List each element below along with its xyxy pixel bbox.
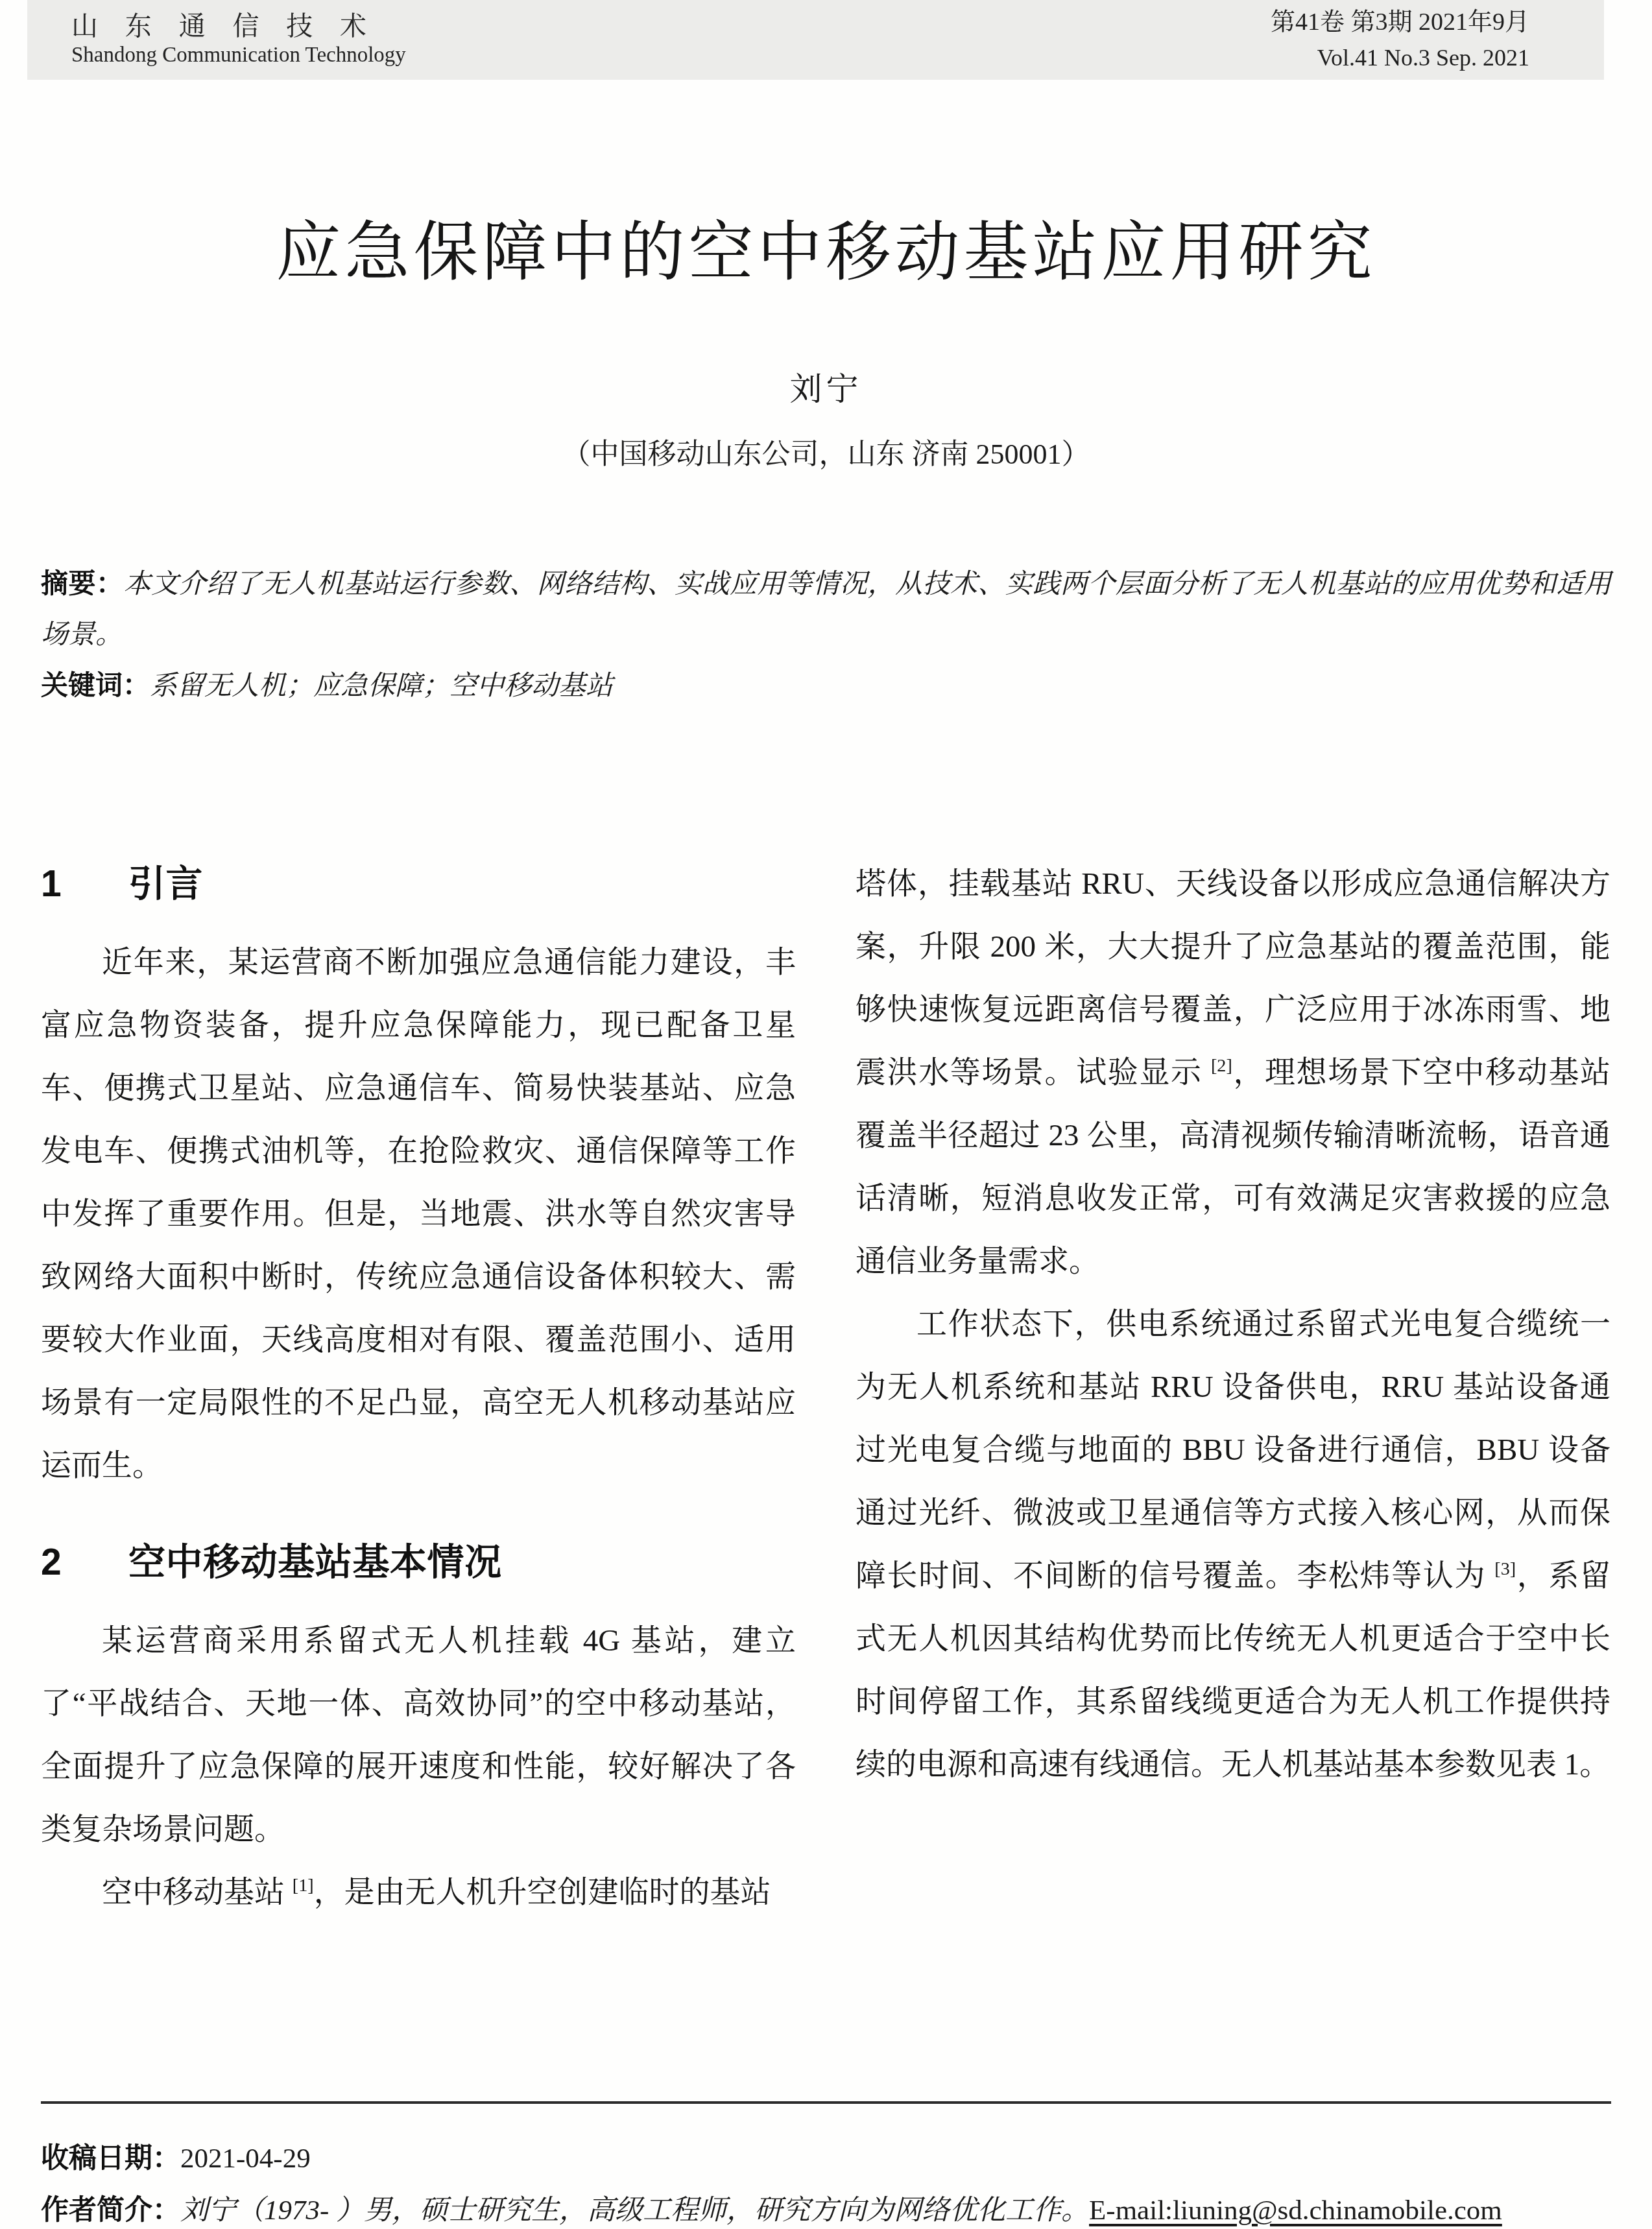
author-bio-line: 作者简介：刘宁（1973- ）男，硕士研究生，高级工程师，研究方向为网络优化工作… [41,2188,1502,2228]
section-heading: 1引言 [41,853,796,916]
author-bio-label: 作者简介： [41,2195,180,2226]
body-paragraph: 某运营商采用系留式无人机挂载 4G 基站，建立了“平战结合、天地一体、高效协同”… [41,1610,796,1861]
article-title: 应急保障中的空中移动基站应用研究 [0,214,1652,292]
journal-page: 山东通信技术 Shandong Communication Technology… [0,0,1652,2229]
issue-info-block: 第41卷 第3期 2021年9月 Vol.41 No.3 Sep. 2021 [1271,8,1529,72]
abstract-label: 摘要： [41,568,123,599]
abstract-paragraph: 摘要：本文介绍了无人机基站运行参数、网络结构、实战应用等情况，从技术、实践两个层… [41,558,1611,660]
section-number: 2 [41,1531,128,1594]
right-column: 塔体，挂载基站 RRU、天线设备以形成应急通信解决方案，升限 200 米，大大提… [856,853,1610,1924]
left-column: 1引言近年来，某运营商不断加强应急通信能力建设，丰富应急物资装备，提升应急保障能… [41,853,796,1924]
journal-name-en: Shandong Communication Technology [71,43,406,69]
body-paragraph: 工作状态下，供电系统通过系留式光电复合缆统一为无人机系统和基站 RRU 设备供电… [856,1293,1610,1796]
body-columns: 1引言近年来，某运营商不断加强应急通信能力建设，丰富应急物资装备，提升应急保障能… [41,853,1611,1924]
received-date-value: 2021-04-29 [180,2143,311,2174]
received-date-label: 收稿日期： [41,2143,180,2174]
article-author: 刘宁 [0,363,1652,410]
keywords-paragraph: 关键词：系留无人机；应急保障；空中移动基站 [41,660,1611,711]
issue-line-zh: 第41卷 第3期 2021年9月 [1271,8,1529,38]
section-number: 1 [41,853,128,916]
issue-line-en: Vol.41 No.3 Sep. 2021 [1271,44,1529,72]
journal-name-block: 山东通信技术 Shandong Communication Technology [71,11,406,69]
body-paragraph: 塔体，挂载基站 RRU、天线设备以形成应急通信解决方案，升限 200 米，大大提… [856,853,1610,1293]
citation-superscript: [3] [1494,1559,1516,1579]
article-affiliation: （中国移动山东公司，山东 济南 250001） [0,431,1652,472]
section-title: 引言 [128,863,203,905]
footer-divider [41,2101,1611,2104]
keywords-text: 系留无人机；应急保障；空中移动基站 [150,671,613,701]
section-heading: 2空中移动基站基本情况 [41,1531,796,1594]
author-email-link[interactable]: E-mail:liuning@sd.chinamobile.com [1089,2195,1502,2226]
abstract-text: 本文介绍了无人机基站运行参数、网络结构、实战应用等情况，从技术、实践两个层面分析… [41,569,1611,650]
body-paragraph: 空中移动基站 [1]，是由无人机升空创建临时的基站 [41,1861,796,1924]
author-bio-text: 刘宁（1973- ）男，硕士研究生，高级工程师，研究方向为网络优化工作。 [180,2195,1089,2226]
citation-superscript: [2] [1211,1056,1232,1076]
received-date-line: 收稿日期：2021-04-29 [41,2136,311,2176]
page-header: 山东通信技术 Shandong Communication Technology… [27,0,1604,80]
body-paragraph: 近年来，某运营商不断加强应急通信能力建设，丰富应急物资装备，提升应急保障能力，现… [41,931,796,1497]
abstract-block: 摘要：本文介绍了无人机基站运行参数、网络结构、实战应用等情况，从技术、实践两个层… [41,558,1611,711]
citation-superscript: [1] [293,1876,314,1896]
journal-name-zh: 山东通信技术 [71,11,406,42]
keywords-label: 关键词： [41,670,150,700]
section-title: 空中移动基站基本情况 [128,1542,502,1583]
